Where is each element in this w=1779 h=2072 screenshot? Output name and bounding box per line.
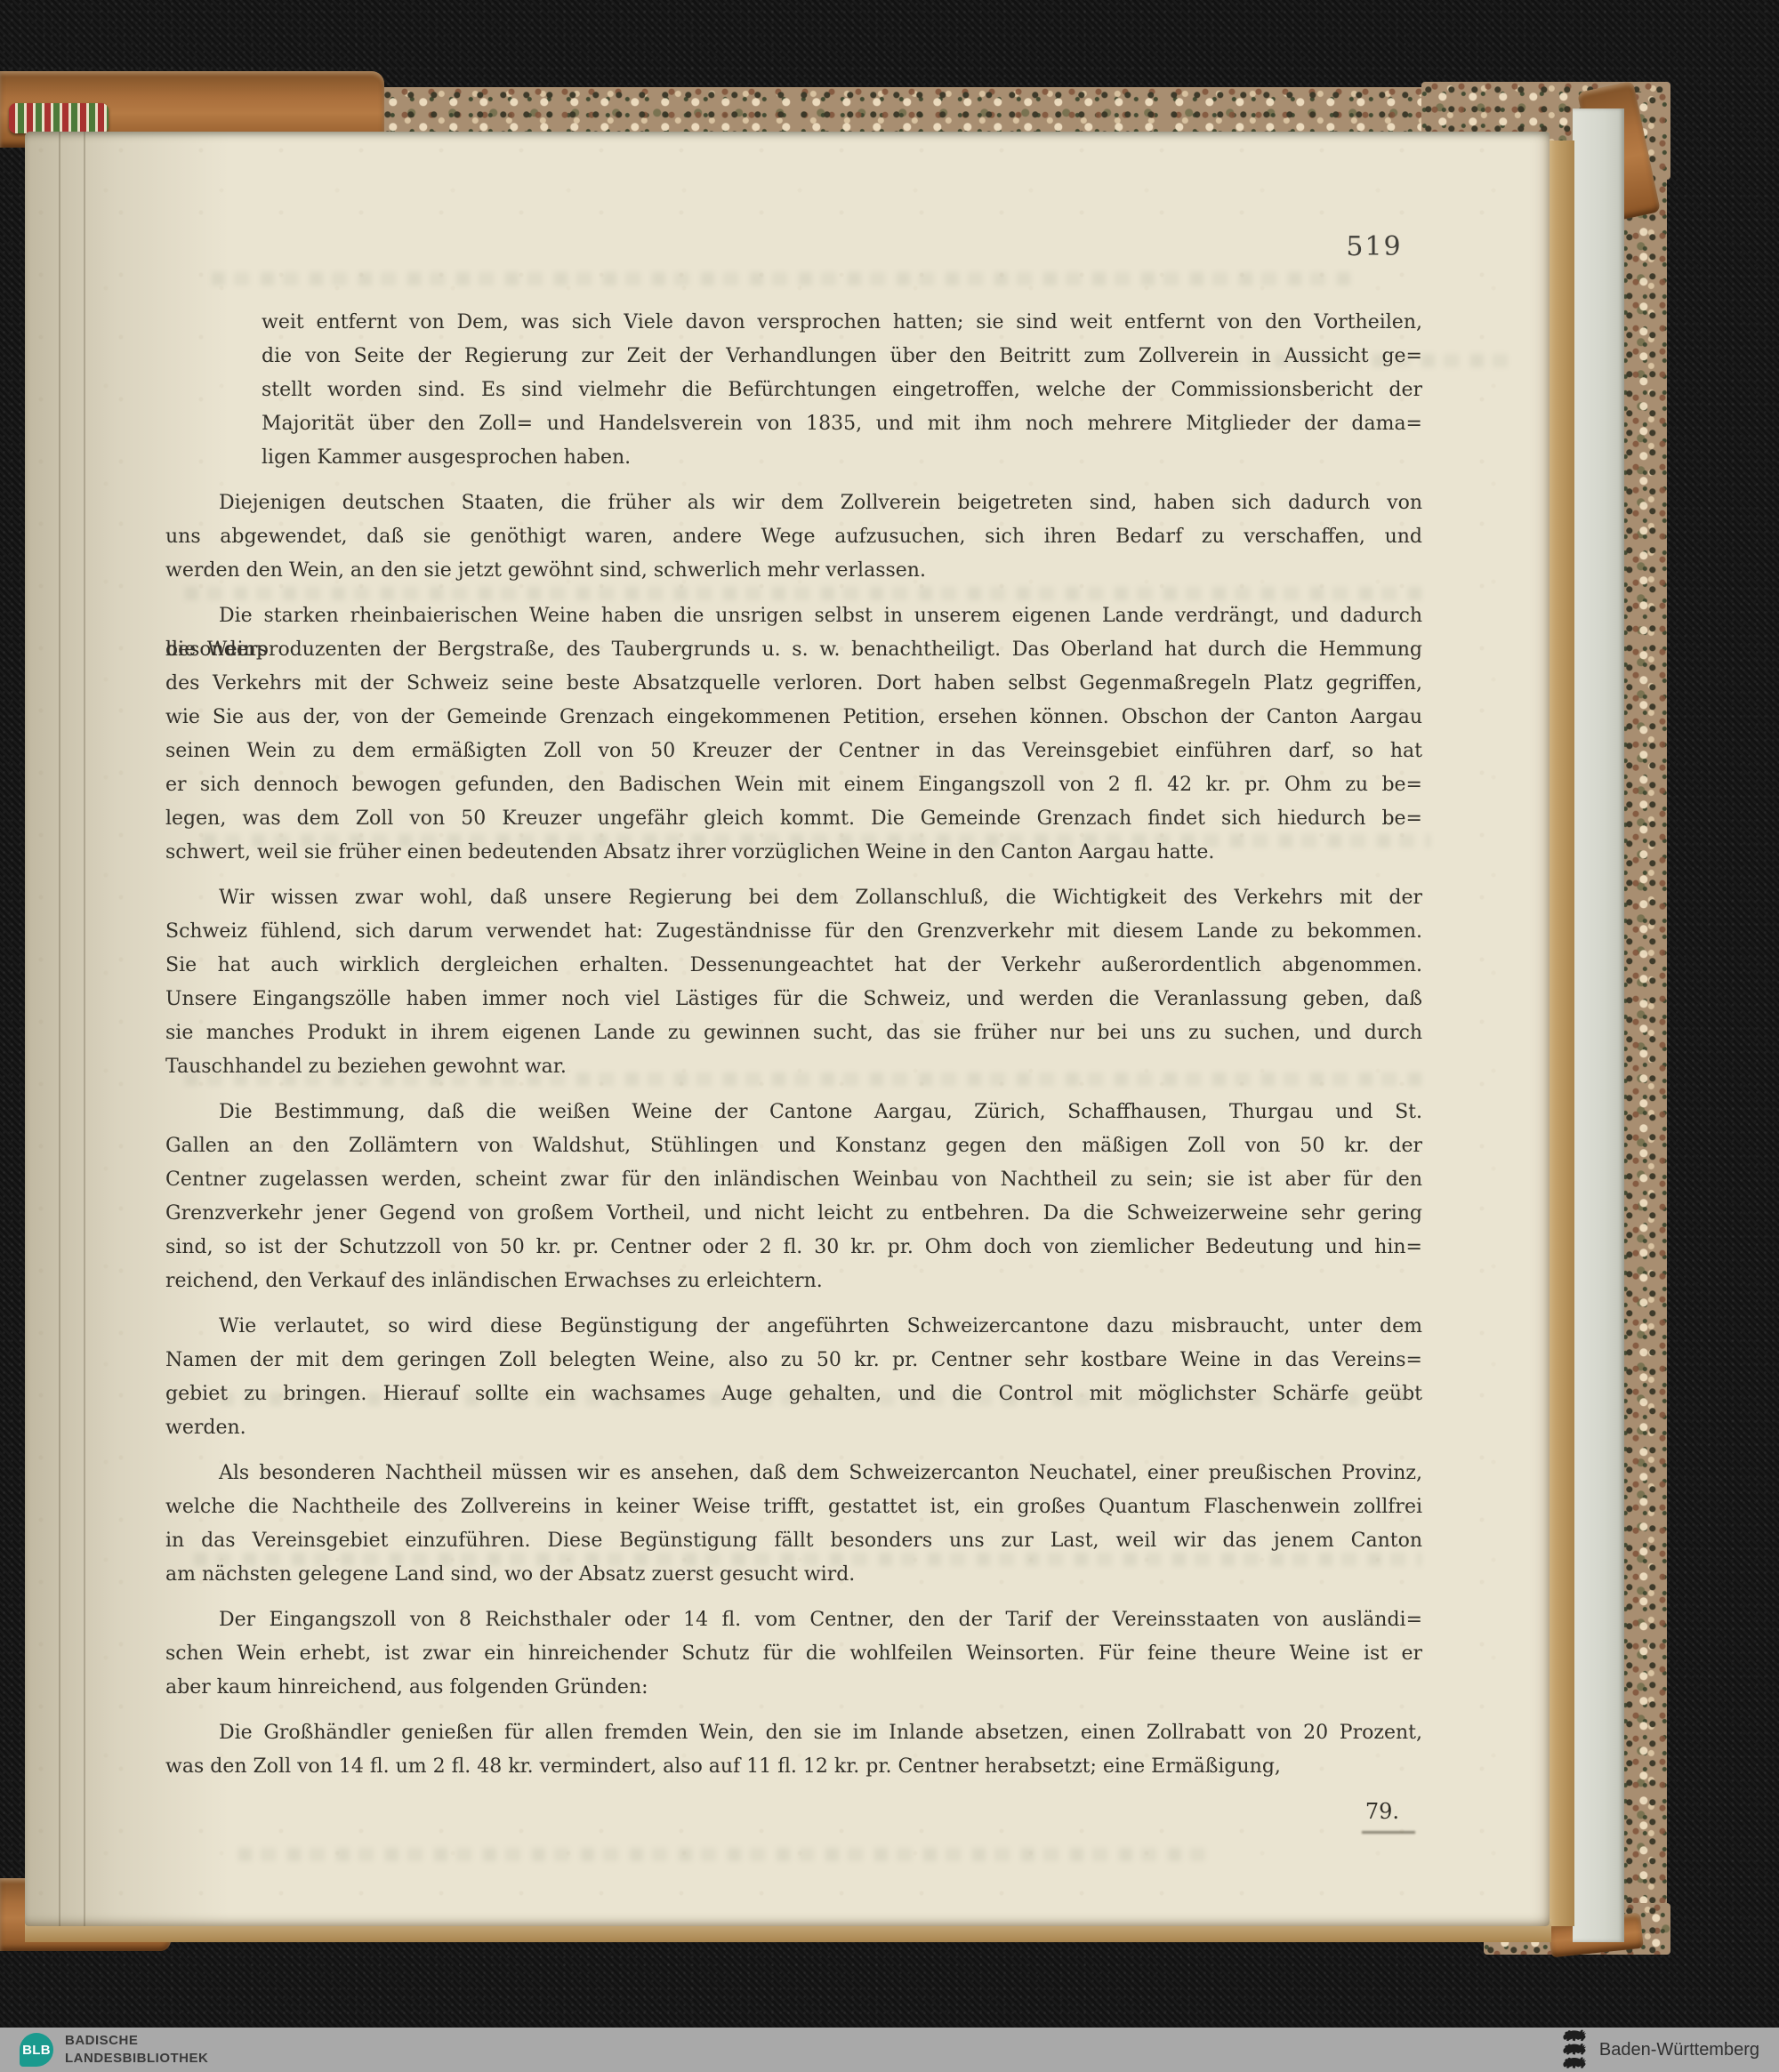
page-number: 519: [1303, 231, 1445, 262]
text-block: weit entfernt von Dem, was sich Viele da…: [165, 306, 1422, 1834]
library-name: BADISCHE LANDESBIBLIOTHEK: [65, 2032, 208, 2068]
bleed-through-ghost: [212, 272, 1350, 285]
text-line: werden den Wein, an den sie jetzt gewöhn…: [165, 554, 1422, 588]
library-name-line1: BADISCHE: [65, 2032, 208, 2050]
endband-stitching: [9, 103, 109, 133]
text-line: was den Zoll von 14 fl. um 2 fl. 48 kr. …: [165, 1750, 1422, 1784]
text-line: Centner zugelassen werden, scheint zwar …: [165, 1163, 1422, 1197]
bleed-through-ghost: [238, 1848, 1217, 1861]
paragraph: Die starken rheinbaierischen Weine haben…: [165, 599, 1422, 870]
flyleaf-edge: [1573, 108, 1624, 1942]
text-line: wie Sie aus der, von der Gemeinde Grenza…: [165, 701, 1422, 735]
library-brand: BLB BADISCHE LANDESBIBLIOTHEK: [20, 2032, 208, 2068]
text-line: Schweiz fühlend, sich darum verwendet ha…: [165, 915, 1422, 949]
text-line: Gallen an den Zollämtern von Waldshut, S…: [165, 1129, 1422, 1163]
text-line: Diejenigen deutschen Staaten, die früher…: [165, 486, 1422, 520]
state-brand: Baden-Württemberg: [1560, 2029, 1759, 2070]
text-line: Die starken rheinbaierischen Weine haben…: [165, 599, 1422, 633]
blb-logo-icon: BLB: [20, 2033, 53, 2067]
book-page: 519 weit entfernt von Dem, was sich Viel…: [25, 132, 1550, 1926]
three-lions-icon: [1560, 2029, 1589, 2070]
text-line: Majorität über den Zoll= und Handelsvere…: [262, 407, 1422, 441]
text-line: stellt worden sind. Es sind vielmehr die…: [262, 373, 1422, 407]
state-name: Baden-Württemberg: [1599, 2040, 1759, 2060]
text-line: Tauschhandel zu beziehen gewohnt war.: [165, 1050, 1422, 1084]
text-line: die Weinproduzenten der Bergstraße, des …: [165, 633, 1422, 667]
text-line: Wir wissen zwar wohl, daß unsere Regieru…: [165, 881, 1422, 915]
text-line: Als besonderen Nachtheil müssen wir es a…: [165, 1457, 1422, 1490]
paragraph: Wie verlautet, so wird diese Begünstigun…: [165, 1310, 1422, 1445]
text-line: gebiet zu bringen. Hierauf sollte ein wa…: [165, 1377, 1422, 1411]
text-line: sind, so ist der Schutzzoll von 50 kr. p…: [165, 1231, 1422, 1265]
text-line: Grenzverkehr jener Gegend von großem Vor…: [165, 1197, 1422, 1231]
text-line: er sich dennoch bewogen gefunden, den Ba…: [165, 768, 1422, 802]
text-line: aber kaum hinreichend, aus folgenden Grü…: [165, 1671, 1422, 1705]
text-line: reichend, den Verkauf des inländischen E…: [165, 1265, 1422, 1298]
signature-underline-mark: [1362, 1831, 1415, 1834]
text-line: sie manches Produkt in ihrem eigenen Lan…: [165, 1016, 1422, 1050]
paragraph: Diejenigen deutschen Staaten, die früher…: [165, 486, 1422, 588]
paragraph: Die Großhändler genießen für allen fremd…: [165, 1716, 1422, 1784]
branding-bar: BLB BADISCHE LANDESBIBLIOTHEK Baden-Würt…: [0, 2028, 1779, 2072]
text-line: Unsere Eingangszölle haben immer noch vi…: [165, 983, 1422, 1016]
text-line: des Verkehrs mit der Schweiz seine beste…: [165, 667, 1422, 701]
text-line: am nächsten gelegene Land sind, wo der A…: [165, 1558, 1422, 1592]
text-line: schen Wein erhebt, ist zwar ein hinreich…: [165, 1637, 1422, 1671]
paragraph: Wir wissen zwar wohl, daß unsere Regieru…: [165, 881, 1422, 1084]
paragraph: Als besonderen Nachtheil müssen wir es a…: [165, 1457, 1422, 1592]
paragraph: Der Eingangszoll von 8 Reichsthaler oder…: [165, 1603, 1422, 1705]
text-line: seinen Wein zu dem ermäßigten Zoll von 5…: [165, 735, 1422, 768]
text-line: die von Seite der Regierung zur Zeit der…: [262, 340, 1422, 373]
text-line: Namen der mit dem geringen Zoll belegten…: [165, 1344, 1422, 1377]
text-line: weit entfernt von Dem, was sich Viele da…: [262, 306, 1422, 340]
text-line: Wie verlautet, so wird diese Begünstigun…: [165, 1310, 1422, 1344]
text-line: Der Eingangszoll von 8 Reichsthaler oder…: [165, 1603, 1422, 1637]
library-name-line2: LANDESBIBLIOTHEK: [65, 2050, 208, 2068]
text-line: Die Großhändler genießen für allen fremd…: [165, 1716, 1422, 1750]
page-crease: [84, 132, 85, 1926]
text-line: in das Vereinsgebiet einzuführen. Diese …: [165, 1524, 1422, 1558]
marbled-board-right-edge: [1622, 92, 1667, 1953]
text-line: legen, was dem Zoll von 50 Kreuzer ungef…: [165, 802, 1422, 836]
text-line: schwert, weil sie früher einen bedeutend…: [165, 836, 1422, 870]
text-line: ligen Kammer ausgesprochen haben.: [262, 441, 1422, 475]
text-line: werden.: [165, 1411, 1422, 1445]
paragraph: Die Bestimmung, daß die weißen Weine der…: [165, 1096, 1422, 1298]
text-line: uns abgewendet, daß sie genöthigt waren,…: [165, 520, 1422, 554]
text-line: Sie hat auch wirklich dergleichen erhalt…: [165, 949, 1422, 983]
paragraph: weit entfernt von Dem, was sich Viele da…: [262, 306, 1422, 475]
text-line: welche die Nachtheile des Zollvereins in…: [165, 1490, 1422, 1524]
text-line: Die Bestimmung, daß die weißen Weine der…: [165, 1096, 1422, 1129]
sheet-signature: 79.: [165, 1795, 1422, 1827]
page-crease: [59, 132, 60, 1926]
